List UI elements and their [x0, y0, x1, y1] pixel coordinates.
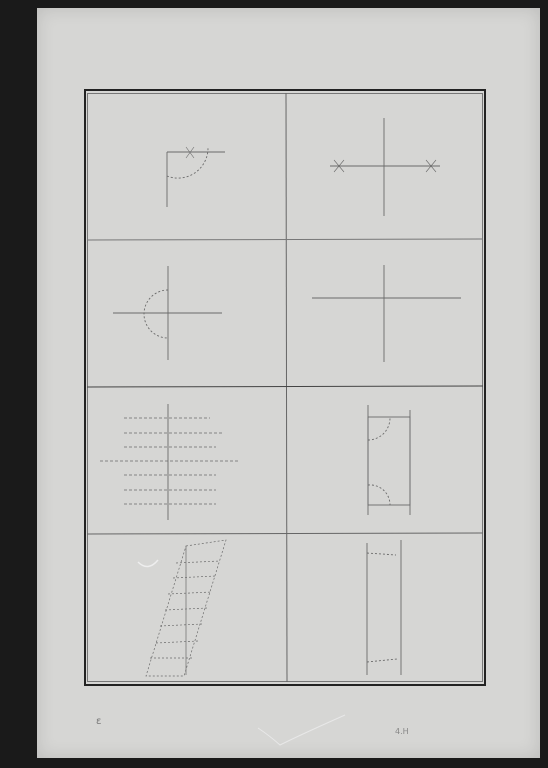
margin-mark-1: ε: [96, 716, 101, 727]
panel-2-drawing: [330, 118, 440, 216]
row-divider-1: [87, 239, 483, 240]
panel-3-drawing: [113, 266, 222, 360]
row-divider-2: [87, 386, 483, 387]
scratch-mark: [258, 715, 345, 745]
scratch-mark: [138, 560, 158, 567]
panel-1-drawing: [167, 147, 225, 207]
column-divider: [286, 93, 287, 682]
row-divider-3: [87, 533, 483, 534]
panel-8-drawing: [367, 540, 401, 675]
margin-mark-3: 4.H: [395, 727, 409, 736]
panel-5-drawing: [100, 404, 238, 520]
construction-drawings: [0, 0, 548, 768]
panel-6-drawing: [368, 405, 410, 515]
panel-4-drawing: [312, 265, 461, 362]
